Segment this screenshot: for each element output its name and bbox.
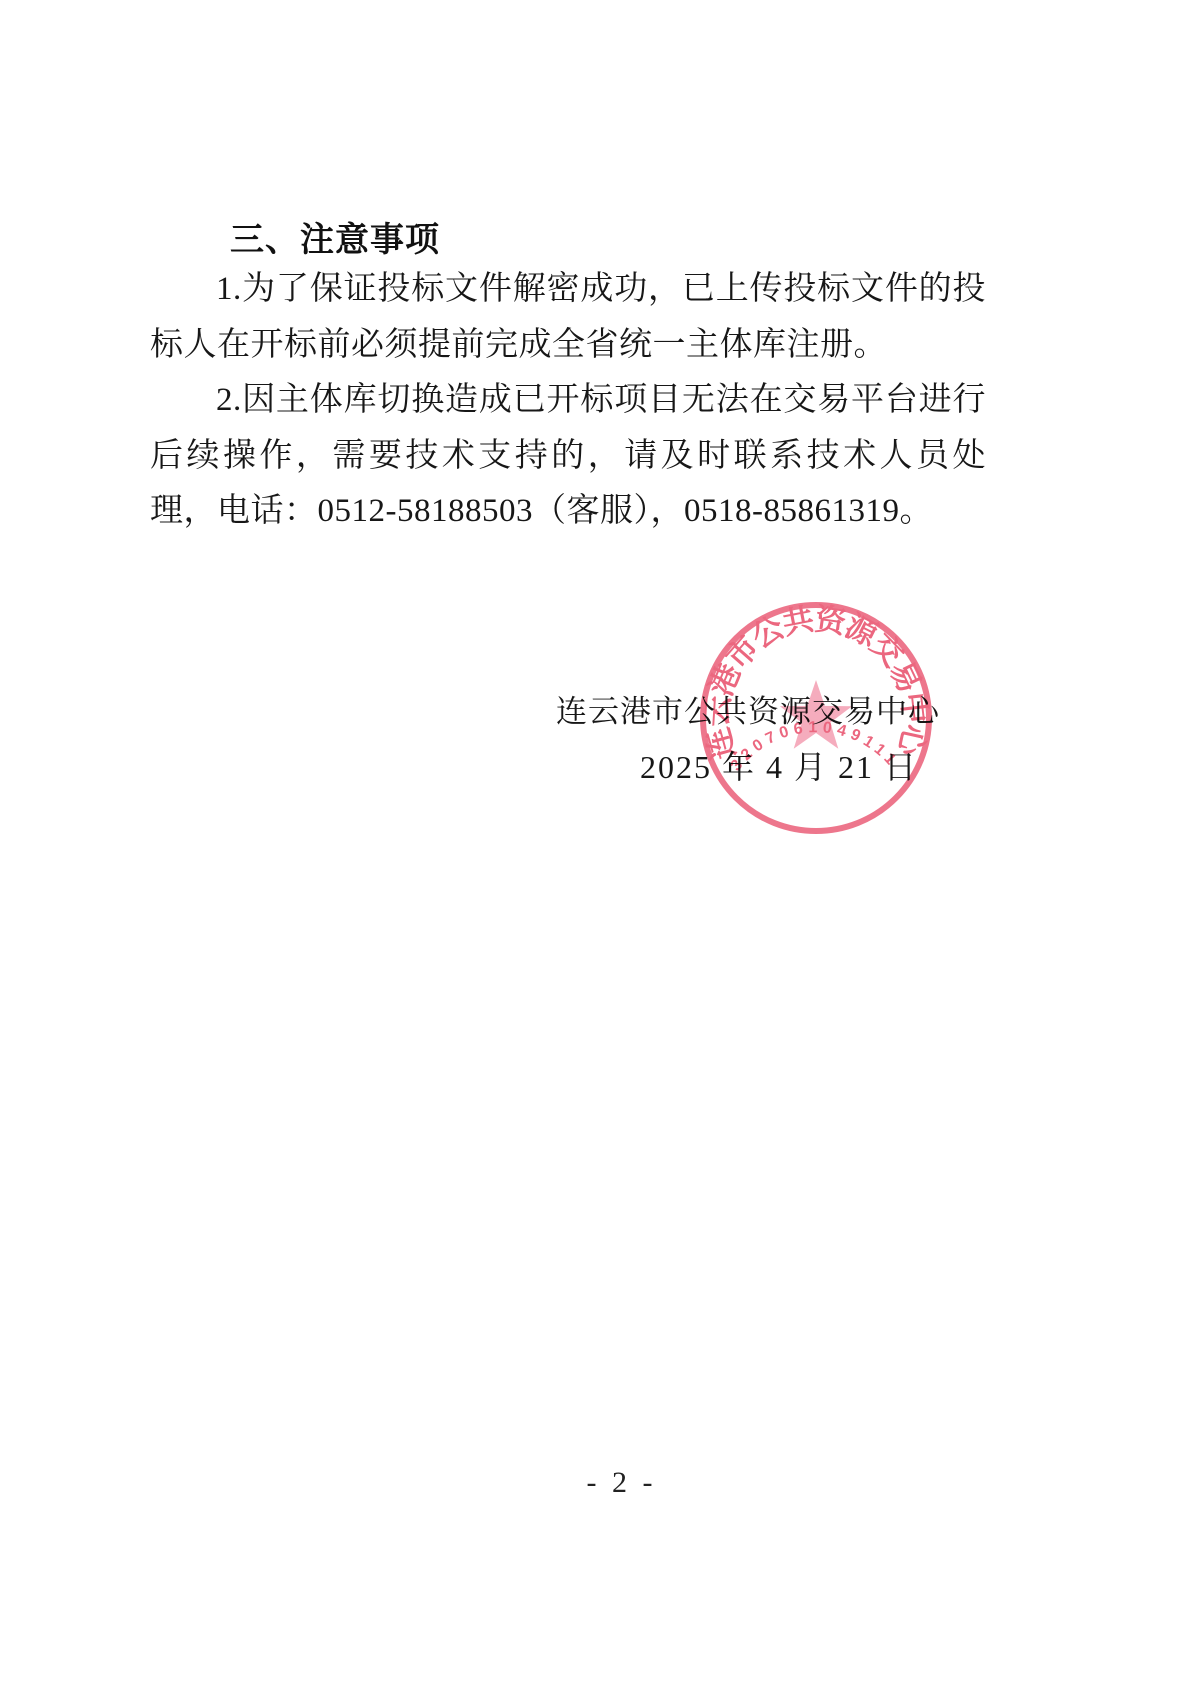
seal-ring-text: 连云港市公共资源交易中心 — [699, 601, 933, 763]
page-number: - 2 - — [0, 1466, 1199, 1500]
signature-organization: 连云港市公共资源交易中心 — [556, 686, 940, 731]
section-heading: 三、注意事项 — [150, 218, 986, 262]
notice-paragraph-1: 1.为了保证投标文件解密成功，已上传投标文件的投标人在开标前必须提前完成全省统一… — [150, 262, 986, 373]
document-page: 三、注意事项 1.为了保证投标文件解密成功，已上传投标文件的投标人在开标前必须提… — [0, 0, 1199, 1696]
document-body: 三、注意事项 1.为了保证投标文件解密成功，已上传投标文件的投标人在开标前必须提… — [150, 218, 986, 540]
notice-paragraph-2: 2.因主体库切换造成已开标项目无法在交易平台进行后续操作，需要技术支持的，请及时… — [150, 373, 986, 540]
seal-ring-text-container: 连云港市公共资源交易中心 — [699, 601, 933, 763]
signature-date: 2025 年 4 月 21 日 — [640, 742, 918, 788]
